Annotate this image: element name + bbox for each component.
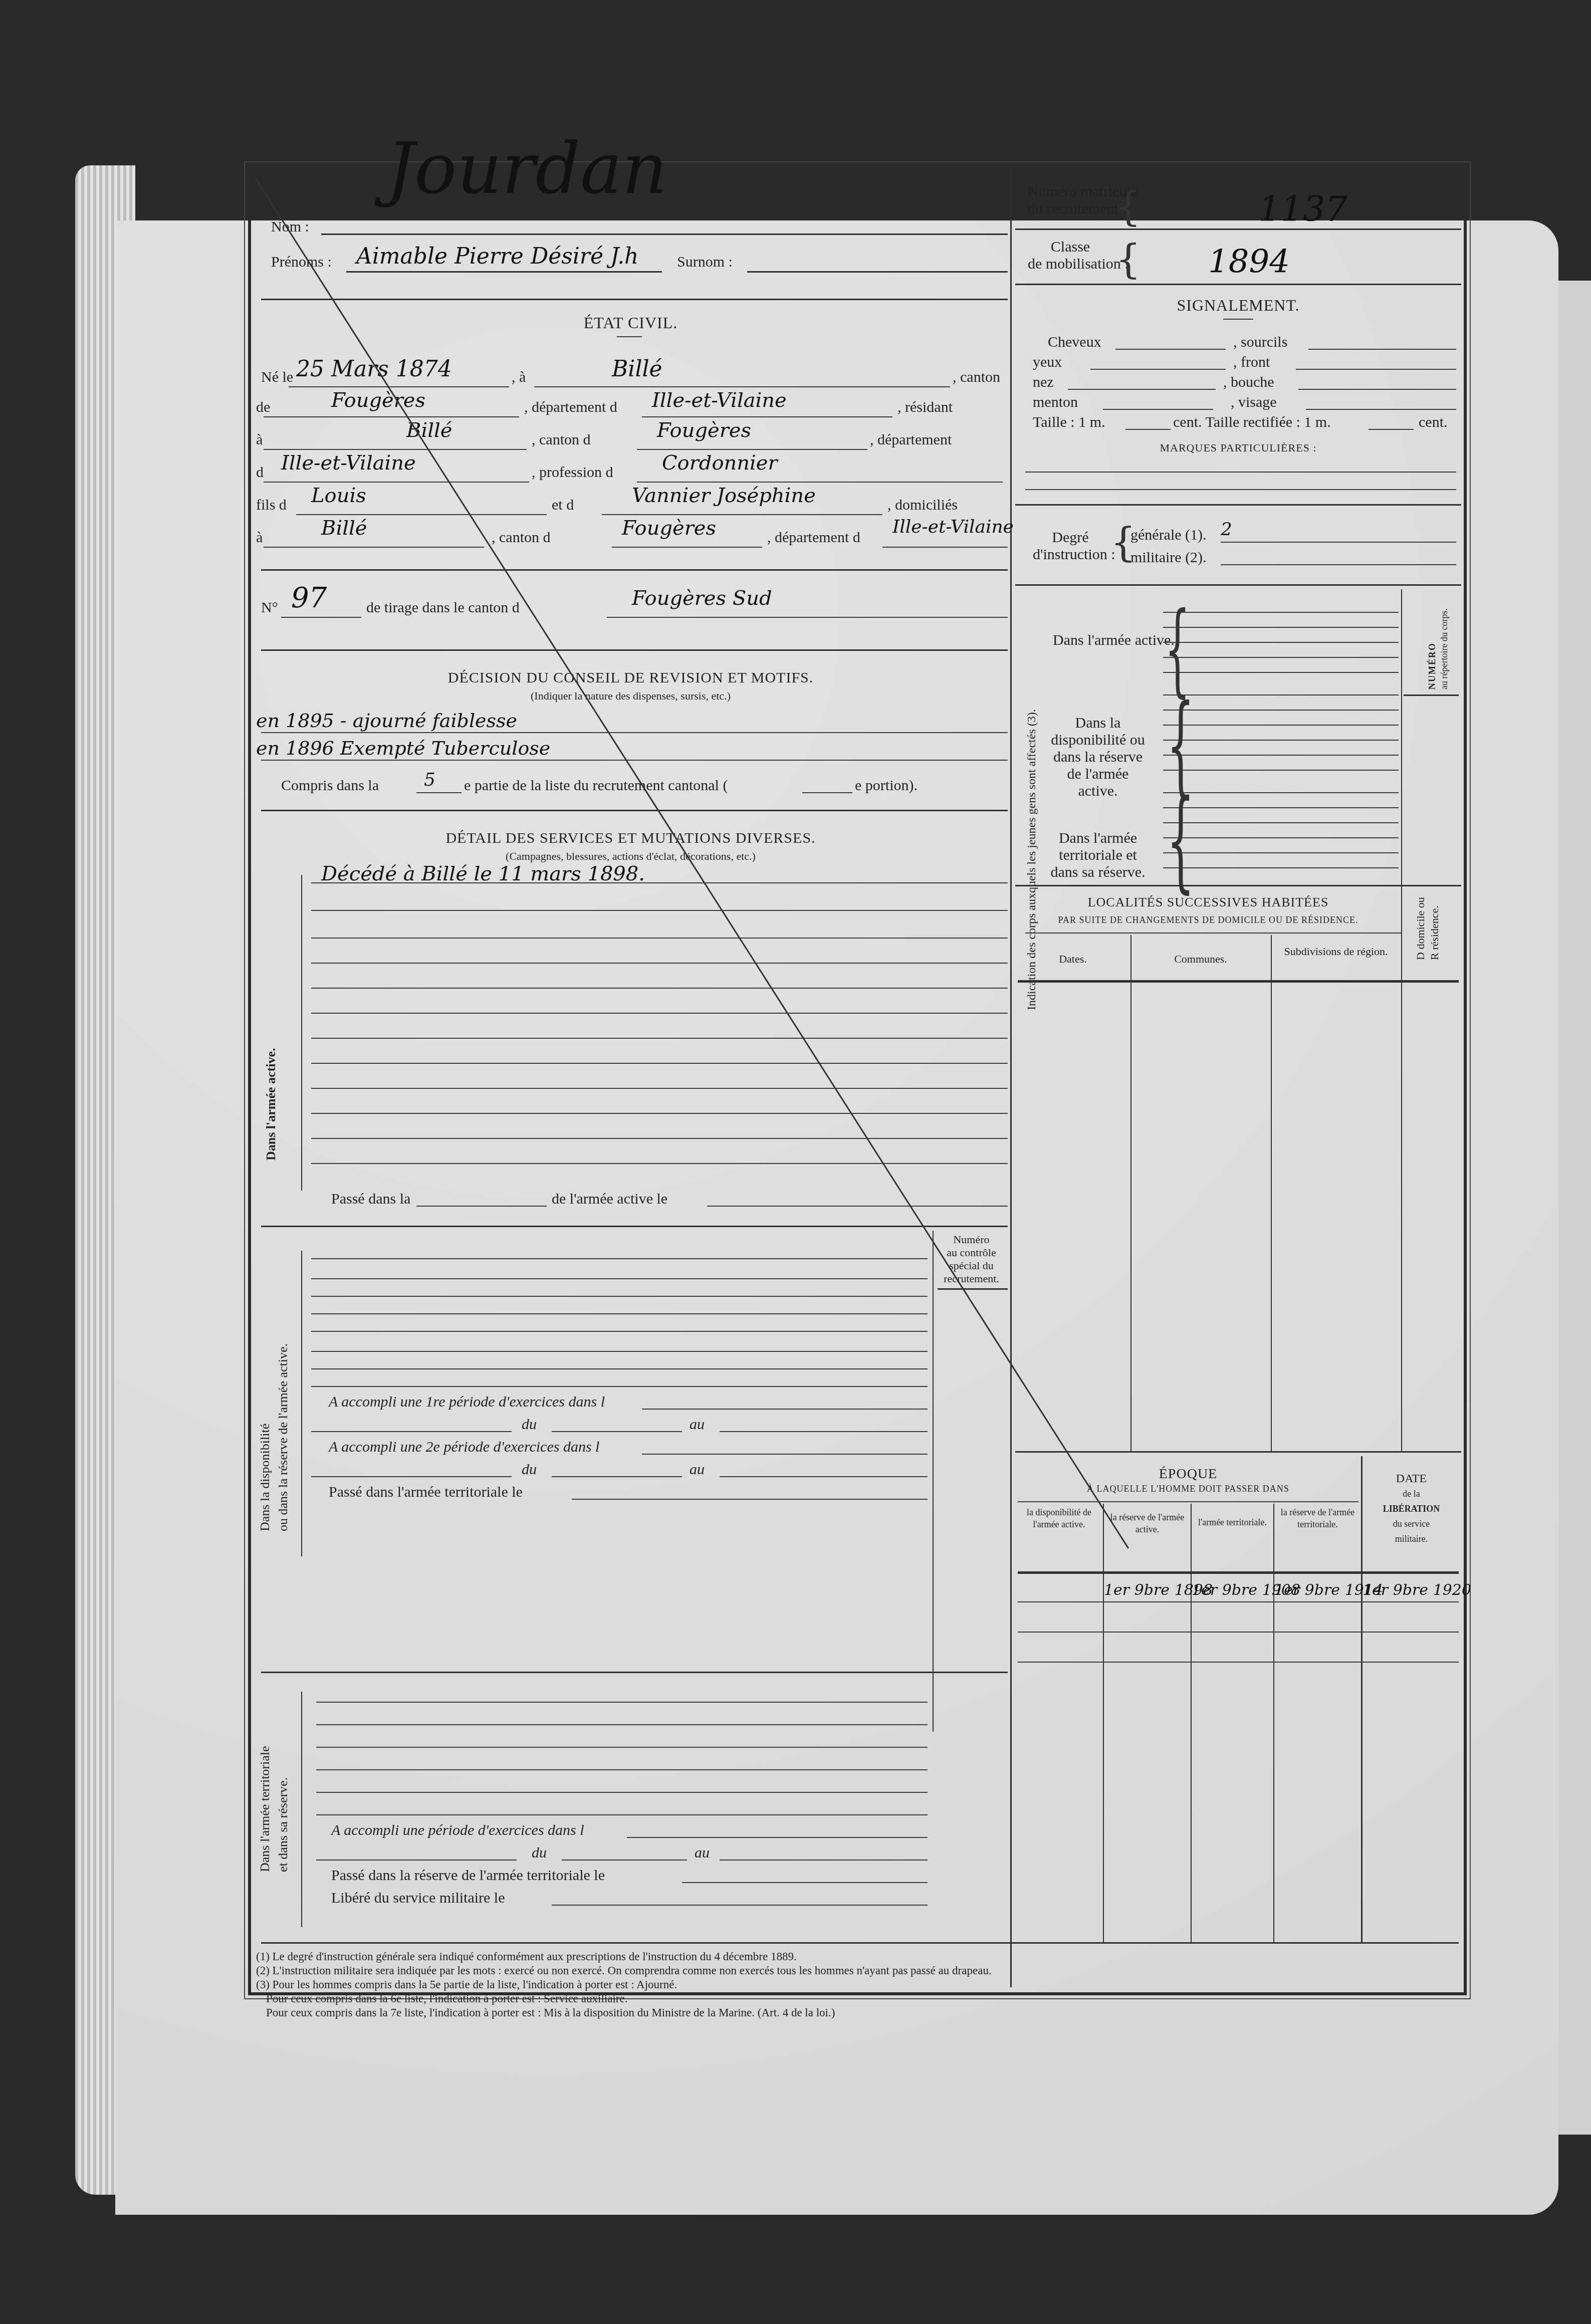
- residence-line: [264, 449, 527, 450]
- du-label: du: [532, 1844, 547, 1862]
- domicilies-label: , domiciliés: [887, 497, 958, 514]
- corps-group-active: Dans l'armée active.: [1053, 632, 1143, 649]
- marques-label: MARQUES PARTICULIÈRES :: [1015, 441, 1461, 454]
- fils-de-label: fils d: [256, 497, 287, 514]
- numero-header-rule: [938, 1288, 1008, 1290]
- prenoms-underline: [346, 271, 662, 273]
- surnom-underline: [747, 271, 1008, 273]
- epoque-header-rule: [1018, 1571, 1459, 1574]
- matricule-label: Numéro matricule du recrutement :: [1028, 183, 1113, 217]
- footnotes: (1) Le degré d'instruction générale sera…: [256, 1950, 992, 2020]
- compris-partie: 5: [424, 770, 435, 790]
- matricule-value: 1137: [1258, 188, 1347, 229]
- service-line: [311, 910, 1008, 911]
- col-dates: Dates.: [1015, 953, 1130, 966]
- a-label: , à: [512, 369, 526, 386]
- marques-line: [1025, 472, 1456, 473]
- menton-label: menton: [1033, 394, 1078, 411]
- service-line: [311, 882, 1008, 883]
- father-line: [296, 514, 547, 515]
- classe-value: 1894: [1208, 244, 1290, 281]
- corps-divider: [1015, 885, 1461, 886]
- birth-place: Billé: [612, 356, 662, 382]
- dispo-line: [311, 1296, 928, 1297]
- dispo-line: [311, 1331, 928, 1332]
- service-line: [311, 1038, 1008, 1039]
- tirage-label: de tirage dans le canton d: [366, 599, 520, 616]
- d-label: d: [256, 464, 264, 481]
- decision-line-1: en 1895 - ajourné faiblesse: [256, 710, 517, 732]
- passe-reserve-label: Passé dans la réserve de l'armée territo…: [331, 1867, 605, 1884]
- residence-departement-line: [264, 482, 529, 483]
- profession-label: , profession d: [532, 464, 613, 481]
- periode-1-line: [642, 1409, 928, 1410]
- col-subdivisions: Subdivisions de région.: [1273, 945, 1399, 958]
- corps-line: [1163, 725, 1399, 726]
- mother-name: Vannier Joséphine: [632, 484, 816, 507]
- title-rule: [1223, 319, 1253, 320]
- footnote-3c: Pour ceux compris dans la 7e liste, l'in…: [256, 2006, 992, 2020]
- canton-label: , canton: [953, 369, 1000, 386]
- col-divider: [1273, 1504, 1274, 1942]
- instruction-label: Degré d'instruction :: [1033, 529, 1108, 563]
- passe-territoriale-line: [572, 1499, 928, 1500]
- prenoms-value: Aimable Pierre Désiré J.h: [356, 244, 638, 269]
- services-title: DÉTAIL DES SERVICES ET MUTATIONS DIVERSE…: [251, 830, 1010, 847]
- profession-line: [637, 482, 1003, 483]
- corps-line: [1163, 792, 1399, 793]
- disponibilite-side-label: Dans la disponibilité ou dans la réserve…: [256, 1343, 292, 1531]
- du-line: [552, 1431, 682, 1432]
- nom-value: Jourdan: [386, 128, 667, 210]
- residence-departement: Ille-et-Vilaine: [281, 451, 416, 475]
- numero-header-rule: [1404, 694, 1459, 696]
- au-line: [720, 1860, 928, 1861]
- bracket-line: [301, 875, 302, 1191]
- date-reserve-active: 1er 9bre 1898: [1104, 1581, 1191, 1599]
- au-line: [720, 1476, 928, 1477]
- parents-domicile: Billé: [321, 517, 367, 540]
- birth-canton: Fougères: [331, 389, 425, 412]
- periode-1-label: A accompli une 1re période d'exercices d…: [329, 1393, 605, 1411]
- brace-icon: {: [1115, 236, 1141, 283]
- parents-departement: Ille-et-Vilaine: [892, 517, 1014, 537]
- epoque-title: ÉPOQUE: [1015, 1466, 1361, 1482]
- passe-territoriale-label: Passé dans l'armée territoriale le: [329, 1484, 523, 1501]
- date-territoriale: 1er 9bre 1908: [1192, 1581, 1273, 1599]
- ne-le-label: Né le: [261, 369, 293, 386]
- cent-label: cent.: [1419, 414, 1447, 431]
- passe-label: Passé dans la: [331, 1191, 410, 1208]
- corps-line: [1163, 867, 1399, 868]
- dispo-line: [311, 1368, 928, 1369]
- territoriale-side-label: Dans l'armée territoriale et dans sa rés…: [256, 1746, 292, 1872]
- libere-label: Libéré du service militaire le: [331, 1890, 505, 1907]
- marques-line: [1025, 489, 1456, 490]
- col-communes: Communes.: [1130, 953, 1271, 966]
- terr-line: [316, 1724, 928, 1725]
- matricule-form: Jourdan Nom : Prénoms : Aimable Pierre D…: [248, 165, 1467, 1995]
- no-label: N°: [261, 599, 278, 616]
- decision-line-1-rule: [261, 732, 1008, 733]
- corps-line: [1163, 740, 1399, 741]
- corps-group-disponibilite: Dans la disponibilité ou dans la réserve…: [1048, 715, 1148, 800]
- epoque-subtitle: À LAQUELLE L'HOMME DOIT PASSER DANS: [1015, 1484, 1361, 1494]
- terr-line: [316, 1769, 928, 1770]
- au-line: [720, 1431, 928, 1432]
- terr-line: [316, 1747, 928, 1748]
- residence-canton-line: [637, 449, 867, 450]
- dispo-line: [311, 1258, 928, 1259]
- visage-line: [1306, 409, 1456, 410]
- tirage-number: 97: [291, 582, 327, 614]
- epoque-rule: [1018, 1501, 1358, 1502]
- corps-line: [1163, 642, 1399, 643]
- instruction-divider: [1015, 584, 1461, 586]
- taille-rectifiee-line: [1369, 429, 1414, 430]
- localites-subtitle: PAR SUITE DE CHANGEMENTS DE DOMICILE OU …: [1015, 915, 1401, 925]
- header-divider: [261, 299, 1008, 300]
- father-name: Louis: [311, 484, 366, 507]
- au-label: au: [690, 1416, 705, 1433]
- dispo-line: [311, 1278, 928, 1279]
- periode-2-start-line: [311, 1476, 512, 1477]
- corps-line: [1163, 852, 1399, 853]
- decision-title: DÉCISION DU CONSEIL DE REVISION ET MOTIF…: [251, 669, 1010, 686]
- sourcils-line: [1308, 349, 1456, 350]
- localites-rule: [1025, 933, 1401, 934]
- taille-line: [1125, 429, 1171, 430]
- localites-header-rule: [1018, 980, 1459, 983]
- tirage-number-line: [281, 617, 361, 618]
- passe-date-line: [707, 1206, 1008, 1207]
- decision-divider: [261, 810, 1008, 811]
- cheveux-label: Cheveux: [1048, 334, 1101, 351]
- bracket-line: [301, 1692, 302, 1927]
- periode-2-line: [642, 1454, 928, 1455]
- service-line: [311, 1163, 1008, 1164]
- compris-partie-line: [416, 792, 462, 793]
- decision-line-2-rule: [261, 760, 1008, 761]
- corps-line: [1163, 710, 1399, 711]
- liberation-header: DATE de la LIBÉRATION du service militai…: [1362, 1471, 1460, 1546]
- menton-line: [1103, 409, 1213, 410]
- residence-canton: Fougères: [657, 419, 751, 442]
- corps-line: [1163, 807, 1399, 808]
- nom-underline: [321, 234, 1008, 235]
- numero-repertoire-label: NUMÉRO au répertoire du corps.: [1426, 608, 1450, 689]
- terr-line: [316, 1814, 928, 1815]
- epoque-col-reserve-territoriale: la réserve de l'armée territoriale.: [1274, 1506, 1361, 1530]
- taille-label: Taille : 1 m.: [1033, 414, 1105, 431]
- epoque-row-line: [1018, 1662, 1459, 1663]
- corps-line: [1163, 627, 1399, 628]
- departement-label: , département d: [767, 529, 860, 546]
- birth-departement-line: [642, 416, 892, 417]
- prenoms-label: Prénoms :: [271, 254, 332, 271]
- surnom-label: Surnom :: [677, 254, 733, 271]
- services-divider: [261, 1226, 1008, 1227]
- terr-line: [316, 1792, 928, 1793]
- parents-canton: Fougères: [622, 517, 716, 540]
- compris-label: Compris dans la: [281, 777, 379, 794]
- title-rule: [617, 336, 642, 337]
- decision-line-2: en 1896 Exempté Tuberculose: [256, 737, 550, 759]
- yeux-line: [1090, 369, 1226, 370]
- corps-line: [1163, 770, 1399, 771]
- birth-date: 25 Mars 1874: [296, 356, 452, 382]
- bottom-divider: [261, 1942, 1459, 1944]
- compris-label-2: e partie de la liste du recrutement cant…: [464, 777, 728, 794]
- terr-line: [316, 1702, 928, 1703]
- dispo-line: [311, 1386, 928, 1387]
- instruction-generale-line: [1221, 542, 1456, 543]
- instruction-militaire-label: militaire (2).: [1130, 549, 1207, 566]
- decision-subtitle: (Indiquer la nature des dispenses, sursi…: [251, 689, 1010, 703]
- corps-line: [1163, 694, 1399, 695]
- passe-line: [416, 1206, 547, 1207]
- column-divider: [1010, 168, 1012, 1987]
- instruction-generale-label: générale (1).: [1130, 527, 1207, 544]
- etat-civil-divider: [261, 569, 1008, 571]
- mother-line: [602, 514, 882, 515]
- service-line: [311, 1088, 1008, 1089]
- periode-1-start-line: [311, 1431, 512, 1432]
- passe-reserve-line: [682, 1882, 928, 1883]
- a-label: à: [256, 529, 263, 546]
- localites-title: LOCALITÉS SUCCESSIVES HABITÉES: [1015, 895, 1401, 910]
- epoque-row-line: [1018, 1632, 1459, 1633]
- service-line: [311, 1013, 1008, 1014]
- numero-column-divider: [933, 1231, 934, 1732]
- et-de-label: et d: [552, 497, 574, 514]
- instruction-militaire-line: [1221, 564, 1456, 565]
- corps-line: [1163, 822, 1399, 823]
- brace-icon: {: [1167, 785, 1195, 895]
- brace-icon: {: [1115, 183, 1141, 230]
- numero-controle-header: Numéro au contrôle spécial du recrutemen…: [935, 1233, 1008, 1285]
- corps-line: [1163, 672, 1399, 673]
- birth-canton-line: [264, 416, 519, 417]
- au-label: au: [690, 1461, 705, 1478]
- classe-divider: [1015, 284, 1461, 285]
- signalement-title: SIGNALEMENT.: [1015, 296, 1461, 315]
- canton-d-label: , canton d: [532, 431, 590, 448]
- sourcils-label: , sourcils: [1233, 334, 1287, 351]
- col-divider: [1271, 935, 1272, 1451]
- de-label: de: [256, 399, 270, 416]
- epoque-row-line: [1018, 1601, 1459, 1602]
- cheveux-line: [1115, 349, 1226, 350]
- front-line: [1296, 369, 1456, 370]
- portion-label: e portion).: [855, 777, 918, 794]
- tirage-canton-line: [607, 617, 1008, 618]
- date-reserve-territoriale: 1er 9bre 1914: [1274, 1581, 1361, 1599]
- nez-line: [1068, 389, 1216, 390]
- departement-label: , département: [870, 431, 952, 448]
- armee-active-side-label: Dans l'armée active.: [264, 1048, 279, 1160]
- classe-label: Classe de mobilisation :: [1028, 239, 1113, 273]
- col-divider: [1103, 1504, 1104, 1942]
- footnote-3: (3) Pour les hommes compris dans la 5e p…: [256, 1978, 992, 1992]
- service-line: [311, 1063, 1008, 1064]
- du-line: [562, 1860, 687, 1861]
- instruction-generale-value: 2: [1221, 519, 1232, 540]
- date-liberation: 1er 9bre 1920: [1362, 1581, 1460, 1599]
- birth-departement: Ille-et-Vilaine: [652, 389, 787, 412]
- birth-place-line: [534, 386, 950, 387]
- tirage-divider: [261, 649, 1008, 651]
- col-divider: [1130, 935, 1131, 1451]
- residence: Billé: [406, 419, 452, 442]
- col-divider: [1191, 1504, 1192, 1942]
- bouche-line: [1298, 389, 1456, 390]
- nez-label: nez: [1033, 374, 1054, 391]
- service-line: [311, 938, 1008, 939]
- tirage-canton: Fougères Sud: [632, 587, 772, 610]
- service-line: [311, 1138, 1008, 1139]
- profession: Cordonnier: [662, 451, 778, 475]
- bracket-line: [301, 1251, 302, 1556]
- bouche-label: , bouche: [1223, 374, 1274, 391]
- service-line: [311, 988, 1008, 989]
- du-label: du: [522, 1461, 537, 1478]
- corps-line: [1163, 657, 1399, 658]
- footnote-3b: Pour ceux compris dans la 6e liste, l'in…: [256, 1992, 992, 2006]
- departement-label: , département d: [524, 399, 617, 416]
- matricule-divider: [1015, 228, 1461, 230]
- corps-line: [1163, 612, 1399, 613]
- dr-label: D domicile ou R résidence.: [1414, 897, 1442, 960]
- periode-2-label: A accompli une 2e période d'exercices da…: [329, 1439, 599, 1456]
- front-label: , front: [1233, 354, 1270, 371]
- dr-column-divider: [1401, 890, 1402, 1451]
- parents-domicile-line: [264, 547, 484, 548]
- corps-line: [1163, 755, 1399, 756]
- portion-line: [802, 792, 852, 793]
- terr-periode-line: [627, 1837, 928, 1838]
- du-line: [552, 1476, 682, 1477]
- terr-start-line: [316, 1860, 517, 1861]
- a-label: à: [256, 431, 263, 448]
- adjacent-page-edge: [1558, 281, 1591, 2135]
- birth-date-line: [289, 386, 509, 387]
- services-subtitle: (Campagnes, blessures, actions d'éclat, …: [251, 850, 1010, 863]
- dispo-line: [311, 1313, 928, 1314]
- du-label: du: [522, 1416, 537, 1433]
- parents-departement-line: [882, 547, 1008, 548]
- passe-label-2: de l'armée active le: [552, 1191, 667, 1208]
- corps-group-territoriale: Dans l'armée territoriale et dans sa rés…: [1048, 830, 1148, 881]
- epoque-col-disponibilite: la disponibilité de l'armée active.: [1015, 1506, 1103, 1530]
- dispo-divider: [261, 1672, 1008, 1673]
- etat-civil-title: ÉTAT CIVIL.: [251, 314, 1010, 332]
- visage-label: , visage: [1231, 394, 1277, 411]
- localites-divider: [1015, 1451, 1461, 1453]
- taille-rectifiee-label: cent. Taille rectifiée : 1 m.: [1173, 414, 1331, 431]
- parents-canton-line: [612, 547, 762, 548]
- epoque-col-territoriale: l'armée territoriale.: [1192, 1516, 1273, 1528]
- footnote-1: (1) Le degré d'instruction générale sera…: [256, 1950, 992, 1964]
- service-line: [311, 963, 1008, 964]
- signalement-divider: [1015, 504, 1461, 506]
- residant-label: , résidant: [897, 399, 953, 416]
- corps-line: [1163, 837, 1399, 838]
- yeux-label: yeux: [1033, 354, 1062, 371]
- au-label: au: [695, 1844, 710, 1862]
- canton-d-label: , canton d: [492, 529, 550, 546]
- dispo-line: [311, 1351, 928, 1352]
- footnote-2: (2) L'instruction militaire sera indiqué…: [256, 1964, 992, 1978]
- libere-line: [552, 1905, 928, 1906]
- terr-periode-label: A accompli une période d'exercices dans …: [331, 1822, 584, 1839]
- service-line: [311, 1113, 1008, 1114]
